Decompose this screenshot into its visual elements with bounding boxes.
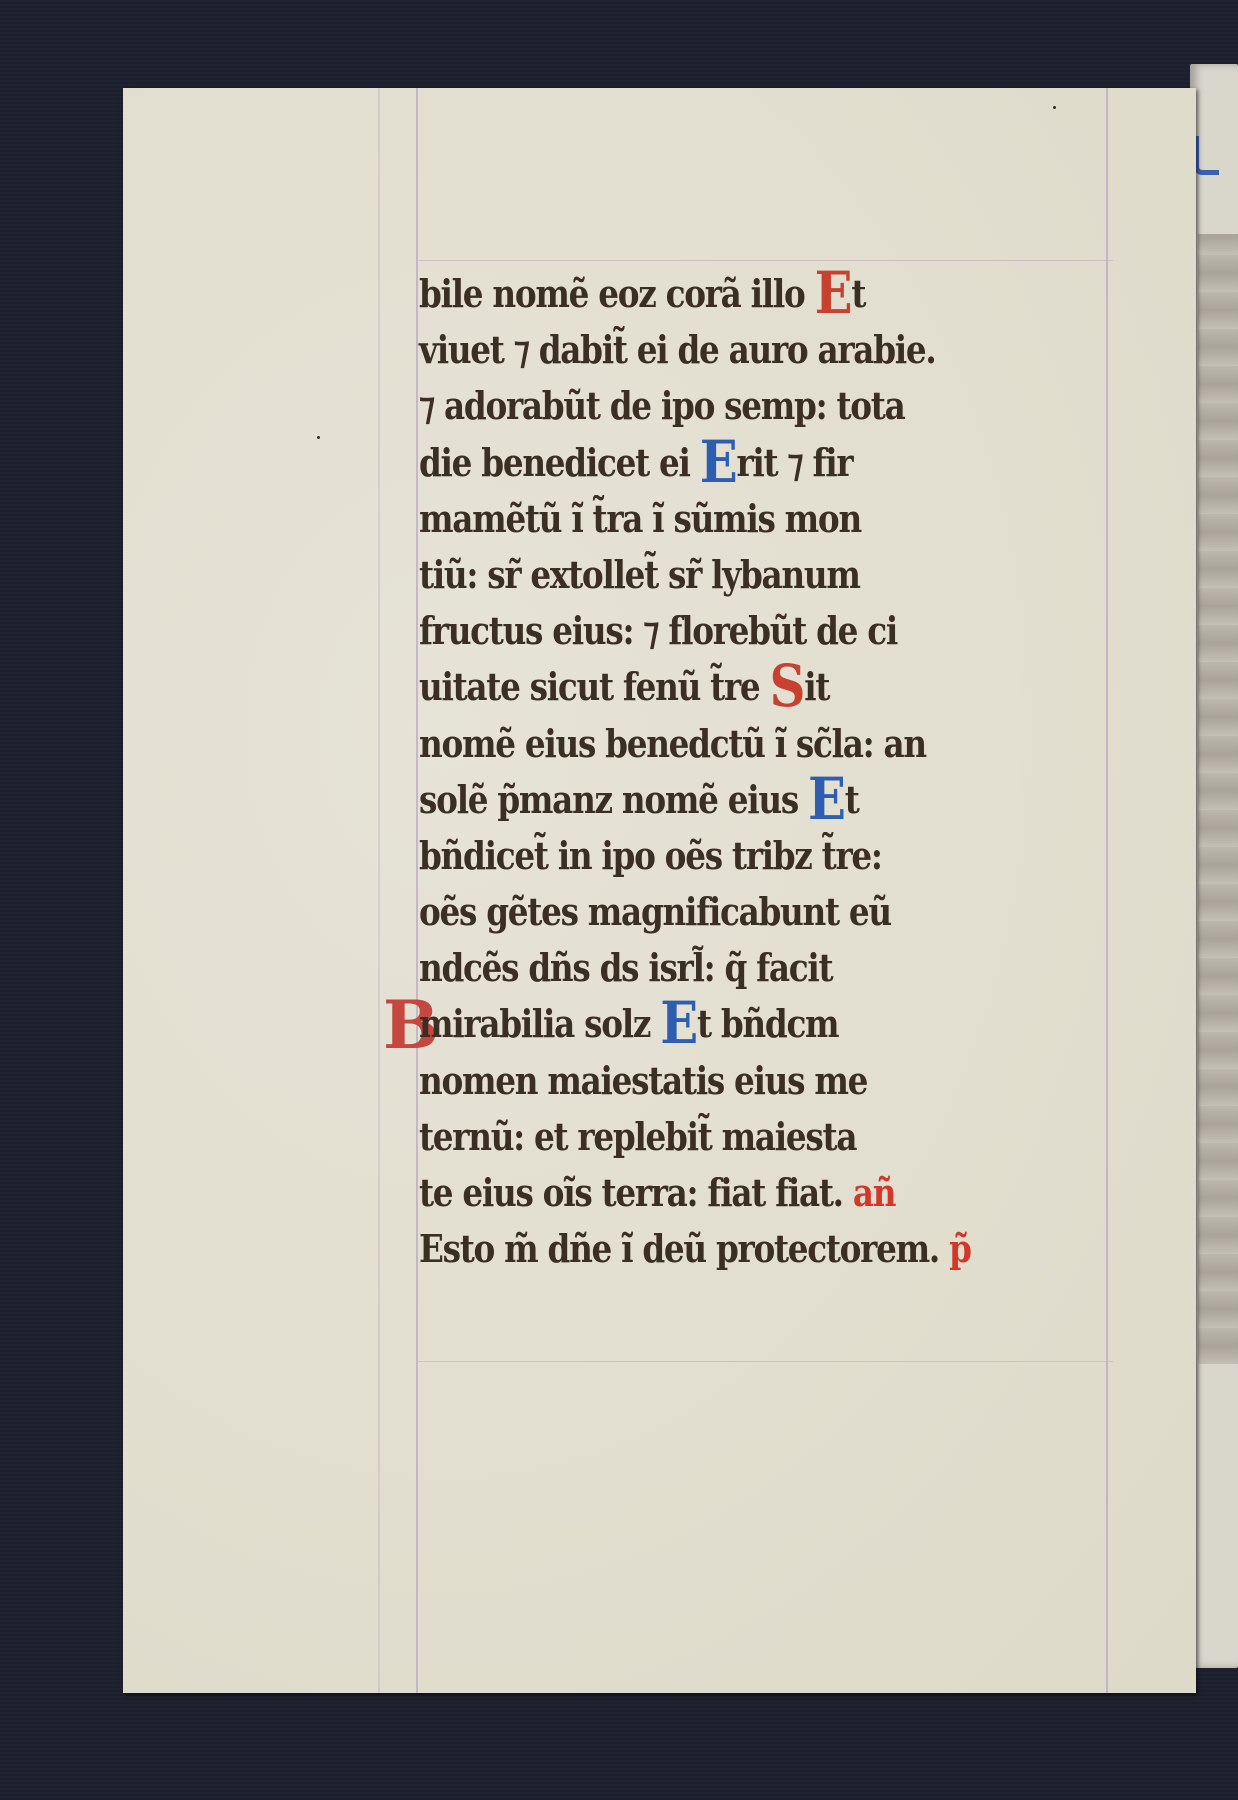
- text-line: mirabilia solz Et bñdcm: [419, 996, 1021, 1052]
- blue-initial: E: [660, 989, 697, 1057]
- left-ruling-line: [416, 88, 418, 1693]
- text-line: oẽs gẽtes magnificabunt eũ: [419, 884, 1021, 940]
- text-block: bile nomẽ eoz corã illo Et viuet ⁊ dabit…: [419, 266, 1119, 1277]
- text-line: die benedicet ei Erit ⁊ fir: [419, 435, 1021, 491]
- next-leaf-edge: [1190, 64, 1238, 1668]
- text-line: viuet ⁊ dabit̃ ei de auro arabie.: [419, 322, 1021, 378]
- text-line: nomen maiestatis eius me: [419, 1053, 1021, 1109]
- next-leaf-blue-initial: [1194, 136, 1219, 175]
- text-line: mamẽtũ ĩ t̃ra ĩ sũmis mon: [419, 491, 1021, 547]
- text-line: fructus eius: ⁊ florebũt de ci: [419, 603, 1021, 659]
- blue-initial: E: [808, 765, 845, 833]
- manuscript-page: B bile nomẽ eoz corã illo Et viuet ⁊ dab…: [123, 88, 1196, 1693]
- next-leaf-text-strip: [1198, 234, 1238, 1364]
- text-line: solẽ p̃manz nomẽ eius Et: [419, 772, 1021, 828]
- red-initial: E: [815, 259, 852, 327]
- text-line: ndcẽs dñs ds isrl̃: q̃ facit: [419, 940, 1021, 996]
- red-initial: S: [770, 652, 805, 720]
- rubric-antiphon: añ: [853, 1170, 895, 1215]
- outer-ruling-line: [378, 88, 380, 1693]
- text-line: uitate sicut fenũ t̃re Sit: [419, 659, 1021, 715]
- text-line: ⁊ adorabũt de ipo semp: tota: [419, 378, 1021, 434]
- ruling-line: [417, 260, 1113, 261]
- text-line: bñdicet̃ in ipo oẽs tribz t̃re:: [419, 828, 1021, 884]
- text-line: bile nomẽ eoz corã illo Et: [419, 266, 1021, 322]
- text-line: nomẽ eius benedctũ ĩ sc̃la: an: [419, 716, 1021, 772]
- rubric-psalm: p̃: [949, 1226, 971, 1271]
- text-line: Esto m̃ dñe ĩ deũ protectorem. p̃: [419, 1221, 1021, 1277]
- ruling-line: [417, 1361, 1113, 1362]
- blue-initial: E: [700, 428, 737, 496]
- text-line: tiũ: sr̃ extollet̃ sr̃ lybanum: [419, 547, 1021, 603]
- text-line: ternũ: et replebit̃ maiesta: [419, 1109, 1021, 1165]
- ink-speck: [1053, 106, 1056, 109]
- text-line: te eius oĩs terra: fiat fiat. añ: [419, 1165, 1021, 1221]
- ink-speck: [317, 436, 320, 439]
